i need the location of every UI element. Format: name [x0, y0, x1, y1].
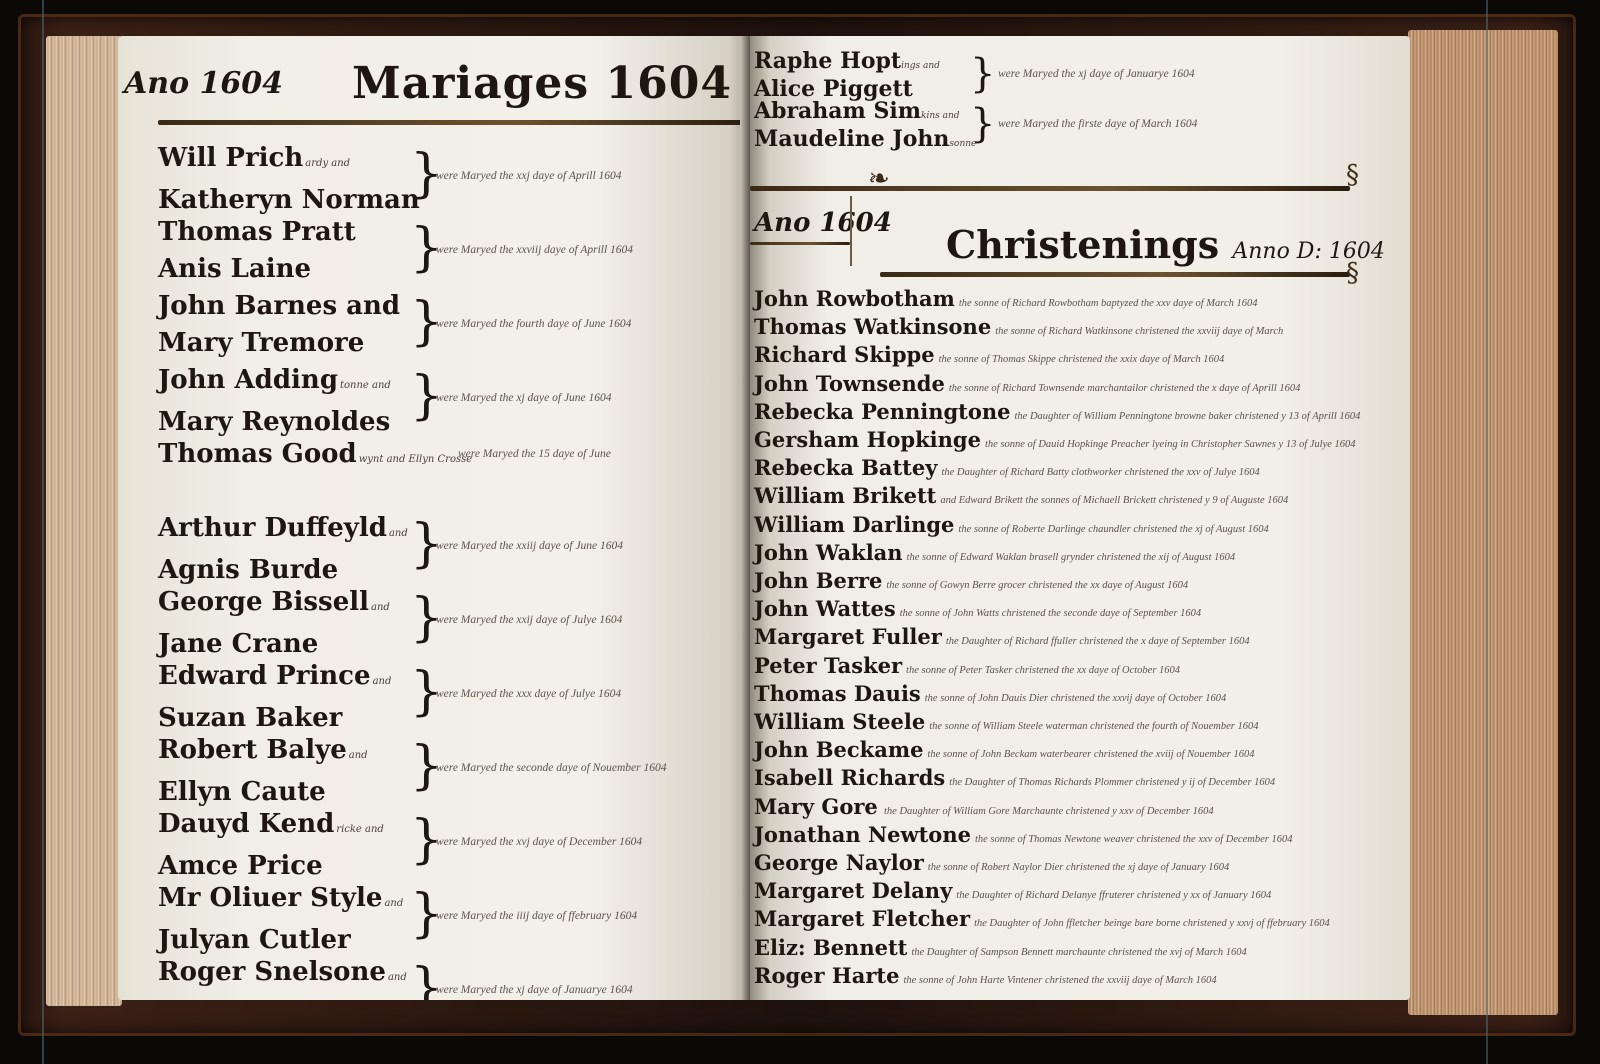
marriage-record-text: were Maryed the xxviij daye of Aprill 16… [436, 244, 633, 256]
christening-record-text: the sonne of John Dauis Dier christened … [925, 693, 1227, 704]
child-name: Gersham Hopkinge [754, 427, 981, 452]
child-name: Jonathan Newtone [754, 822, 971, 847]
christening-record-text: the sonne of Edward Waklan brasell grynd… [907, 552, 1236, 563]
christening-entry: Eliz: Bennettthe Daughter of Sampson Ben… [754, 935, 1404, 961]
marriage-entry: Robert BalyeandEllyn Caute}were Maryed t… [118, 732, 748, 806]
christening-entry: Richard Skippethe sonne of Thomas Skippe… [754, 342, 1404, 368]
marriage-record-text: were Maryed the xj daye of Januarye 1604 [436, 984, 633, 996]
marriage-entry: John Barnes andMary Tremore}were Maryed … [118, 288, 748, 362]
christening-record-text: the Daughter of John ffletcher beinge ba… [974, 918, 1330, 929]
marriage-record-text: were Maryed the xxx daye of Julye 1604 [436, 688, 621, 700]
year-box-rule [750, 242, 850, 245]
child-name: William Steele [754, 709, 925, 734]
marriage-record-text: were Maryed the xj daye of Januarye 1604 [998, 68, 1195, 80]
christenings-title: Christenings Anno D: 1604 [946, 222, 1385, 267]
section-rule-top [750, 186, 1350, 191]
christening-entry: Rebecka Batteythe Daughter of Richard Ba… [754, 455, 1404, 481]
groom-name: Thomas Goodwynt and Ellyn Crosse [158, 436, 428, 478]
groom-note: and [373, 676, 392, 687]
christening-record-text: the Daughter of Richard Delanye ffrutere… [956, 890, 1271, 901]
christening-record-text: the sonne of Richard Watkinsone christen… [995, 326, 1283, 337]
christening-record-text: the Daughter of Thomas Richards Plommer … [949, 777, 1275, 788]
christening-record-text: the sonne of John Watts christened the s… [900, 608, 1201, 619]
child-name: Margaret Delany [754, 878, 952, 903]
glass-reflection-line [1486, 0, 1488, 1064]
couple-names: Mr Oliuer StyleandJulyan Cutler [158, 880, 428, 959]
right-page-edges [1408, 30, 1558, 1015]
bride-name: Mary Stockden [158, 996, 428, 1000]
christening-entry: William Darlingethe sonne of Roberte Dar… [754, 512, 1404, 538]
header-rule [158, 120, 748, 125]
bride-name: Mary Tremore [158, 325, 428, 362]
christening-record-text: the sonne of Dauid Hopkinge Preacher lye… [985, 439, 1356, 450]
groom-note: ricke and [336, 824, 384, 835]
christening-record-text: the sonne of Thomas Newtone weaver chris… [975, 834, 1293, 845]
child-name: Margaret Fletcher [754, 906, 970, 931]
marriage-record-text: were Maryed the seconde daye of Nouember… [436, 762, 666, 774]
marriage-entry: Edward PrinceandSuzan Baker}were Maryed … [118, 658, 748, 732]
child-name: John Berre [754, 568, 882, 593]
groom-note: and [388, 972, 407, 983]
child-name: John Beckame [754, 737, 923, 762]
child-name: John Rowbotham [754, 286, 955, 311]
marriage-record-text: were Maryed the 15 daye of June [458, 448, 611, 460]
couple-names: John Barnes andMary Tremore [158, 288, 428, 362]
groom-note: and [371, 602, 390, 613]
christening-entry: Jonathan Newtonethe sonne of Thomas Newt… [754, 822, 1404, 848]
christening-record-text: the sonne of Thomas Skippe christened th… [939, 354, 1225, 365]
marriage-entry: Will Prichardy andKatheryn Norman}were M… [118, 140, 748, 214]
child-name: John Townsende [754, 371, 945, 396]
christening-record-text: the sonne of Richard Rowbotham baptyzed … [959, 298, 1258, 309]
christening-entry: John Berrethe sonne of Gowyn Berre groce… [754, 568, 1404, 594]
christening-entry: Margaret Delanythe Daughter of Richard D… [754, 878, 1404, 904]
groom-name: Robert Balyeand [158, 732, 428, 774]
christening-record-text: the sonne of Roberte Darlinge chaundler … [958, 524, 1268, 535]
marriage-entry: Mr Oliuer StyleandJulyan Cutler}were Mar… [118, 880, 748, 954]
marriage-record-text: were Maryed the fourth daye of June 1604 [436, 318, 631, 330]
child-name: Richard Skippe [754, 342, 935, 367]
marriage-entry: Dauyd Kendricke andAmce Price}were Marye… [118, 806, 748, 880]
christening-record-text: the sonne of Robert Naylor Dier christen… [928, 862, 1230, 873]
groom-name: Arthur Duffeyldand [158, 510, 428, 552]
christening-entry: John Wattesthe sonne of John Watts chris… [754, 596, 1404, 622]
child-name: Rebecka Battey [754, 455, 937, 480]
christening-entry: Roger Hartethe sonne of John Harte Vinte… [754, 963, 1404, 989]
groom-name: Mr Oliuer Styleand [158, 880, 428, 922]
scroll-ornament: § [1346, 258, 1359, 288]
year-label: Ano 1604 [124, 66, 283, 101]
christening-entry: Margaret Fullerthe Daughter of Richard f… [754, 624, 1404, 650]
marriage-record-text: were Maryed the xvj daye of December 160… [436, 836, 642, 848]
child-name: William Brikett [754, 483, 936, 508]
christening-entry: Mary Gorethe Daughter of William Gore Ma… [754, 794, 1404, 820]
couple-names: Robert BalyeandEllyn Caute [158, 732, 428, 811]
groom-name: Dauyd Kendricke and [158, 806, 428, 848]
marriage-entry: Roger SnelsoneandMary Stockden}were Mary… [118, 954, 748, 1000]
couple-names: Arthur DuffeyldandAgnis Burde [158, 510, 428, 589]
child-name: Eliz: Bennett [754, 935, 907, 960]
couple-names: George BissellandJane Crane [158, 584, 428, 663]
christening-record-text: the Daughter of Richard Batty clothworke… [941, 467, 1259, 478]
child-name: Peter Tasker [754, 653, 902, 678]
christening-entry: Gersham Hopkingethe sonne of Dauid Hopki… [754, 427, 1404, 453]
couple-names: Thomas PrattAnis Laine [158, 214, 428, 288]
groom-note: and [384, 898, 403, 909]
couple-names: Will Prichardy andKatheryn Norman [158, 140, 428, 219]
christening-record-text: the Daughter of William Gore Marchaunte … [884, 806, 1214, 817]
scroll-ornament: § [1346, 160, 1359, 190]
ribbon-ornament: ❧ [868, 164, 890, 194]
marriage-record-text: were Maryed the xj daye of June 1604 [436, 392, 612, 404]
marriage-record-text: were Maryed the xxiij daye of June 1604 [436, 540, 623, 552]
groom-note: tonne and [340, 380, 391, 391]
groom-note: wynt and Ellyn Crosse [359, 454, 472, 465]
christening-record-text: the sonne of Peter Tasker christened the… [906, 665, 1180, 676]
left-page-edges [46, 36, 122, 1006]
christening-entry: John Rowbothamthe sonne of Richard Rowbo… [754, 286, 1404, 312]
christening-entry: George Naylorthe sonne of Robert Naylor … [754, 850, 1404, 876]
marriage-entry: Abraham Simkins andMaudeline Johnsonne}w… [754, 100, 1404, 150]
groom-note: kins and [921, 111, 960, 121]
marriages-header: Ano 1604 Mariages 1604 [124, 56, 744, 116]
child-name: George Naylor [754, 850, 924, 875]
bride-name: Anis Laine [158, 251, 428, 288]
marriage-entry: John Addingtonne andMary Reynoldes}were … [118, 362, 748, 436]
brace-icon: } [970, 54, 995, 94]
left-page: Ano 1604 Mariages 1604 Will Prichardy an… [118, 36, 748, 1000]
marriage-record-text: were Maryed the xxj daye of Aprill 1604 [436, 170, 622, 182]
christening-record-text: the sonne of John Beckam waterbearer chr… [927, 749, 1254, 760]
child-name: Margaret Fuller [754, 624, 942, 649]
groom-name: George Bisselland [158, 584, 428, 626]
groom-name: John Addingtonne and [158, 362, 428, 404]
groom-note: and [349, 750, 368, 761]
bride-name: Maudeline Johnsonne [754, 128, 1404, 156]
marriage-entry: Thomas PrattAnis Laine}were Maryed the x… [118, 214, 748, 288]
christening-entry: Rebecka Penningtonethe Daughter of Willi… [754, 399, 1404, 425]
couple-names: John Addingtonne andMary Reynoldes [158, 362, 428, 441]
marriage-entry: Thomas Goodwynt and Ellyn Crossewere Mar… [118, 436, 748, 510]
glass-reflection-line [42, 0, 44, 1064]
marriage-record-text: were Maryed the iiij daye of ffebruary 1… [436, 910, 637, 922]
christening-entry: Isabell Richardsthe Daughter of Thomas R… [754, 765, 1404, 791]
couple-names: Thomas Goodwynt and Ellyn Crosse [158, 436, 428, 478]
marriage-record-text: were Maryed the xxij daye of Julye 1604 [436, 614, 622, 626]
christening-entry: Thomas Dauisthe sonne of John Dauis Dier… [754, 681, 1404, 707]
marriage-entry: Raphe Hoptings andAlice Piggett}were Mar… [754, 50, 1404, 100]
christening-entry: William Steelethe sonne of William Steel… [754, 709, 1404, 735]
groom-note: and [389, 528, 408, 539]
marriage-entry: Arthur DuffeyldandAgnis Burde}were Marye… [118, 510, 748, 584]
christening-record-text: the sonne of William Steele waterman chr… [929, 721, 1258, 732]
christening-record-text: and Edward Brikett the sonnes of Michael… [940, 495, 1288, 506]
groom-name: Thomas Pratt [158, 214, 428, 251]
christening-entry: Peter Taskerthe sonne of Peter Tasker ch… [754, 653, 1404, 679]
child-name: Isabell Richards [754, 765, 945, 790]
year-box-divider [850, 196, 852, 266]
child-name: Roger Harte [754, 963, 899, 988]
christening-entry: William Brikettand Edward Brikett the so… [754, 483, 1404, 509]
child-name: Thomas Dauis [754, 681, 921, 706]
christening-entry: Margaret Fletcherthe Daughter of John ff… [754, 906, 1404, 932]
christening-entry: Thomas Watkinsonethe sonne of Richard Wa… [754, 314, 1404, 340]
groom-name: Edward Princeand [158, 658, 428, 700]
child-name: Mary Gore [754, 794, 880, 819]
child-name: William Darlinge [754, 512, 954, 537]
groom-name: John Barnes and [158, 288, 428, 325]
section-rule-bottom [880, 272, 1350, 277]
christening-entry: John Waklanthe sonne of Edward Waklan br… [754, 540, 1404, 566]
right-page: Raphe Hoptings andAlice Piggett}were Mar… [750, 36, 1410, 1000]
child-name: Thomas Watkinsone [754, 314, 991, 339]
christening-record-text: the sonne of Gowyn Berre grocer christen… [886, 580, 1188, 591]
groom-note: ings and [901, 61, 940, 71]
couple-names: Dauyd Kendricke andAmce Price [158, 806, 428, 885]
christenings-year-label: Ano 1604 [754, 208, 892, 238]
child-name: Rebecka Penningtone [754, 399, 1011, 424]
christening-record-text: the sonne of John Harte Vintener christe… [903, 975, 1216, 986]
christening-record-text: the Daughter of Sampson Bennett marchaun… [911, 947, 1246, 958]
christening-record-text: the Daughter of William Penningtone brow… [1015, 411, 1361, 422]
couple-names: Edward PrinceandSuzan Baker [158, 658, 428, 737]
christening-record-text: the Daughter of Richard ffuller christen… [946, 636, 1250, 647]
page-title: Mariages 1604 [352, 58, 732, 109]
marriage-record-text: were Maryed the firste daye of March 160… [998, 118, 1197, 130]
groom-name: Will Prichardy and [158, 140, 428, 182]
couple-names: Roger SnelsoneandMary Stockden [158, 954, 428, 1000]
christenings-subtitle: Anno D: 1604 [1232, 239, 1385, 264]
christening-entry: John Beckamethe sonne of John Beckam wat… [754, 737, 1404, 763]
groom-name: Roger Snelsoneand [158, 954, 428, 996]
christening-entry: John Townsendethe sonne of Richard Towns… [754, 371, 1404, 397]
child-name: John Wattes [754, 596, 896, 621]
child-name: John Waklan [754, 540, 903, 565]
marriage-entry: George BissellandJane Crane}were Maryed … [118, 584, 748, 658]
christenings-title-text: Christenings [946, 222, 1219, 267]
brace-icon: } [970, 104, 995, 144]
christening-record-text: the sonne of Richard Townsende marchanta… [949, 383, 1301, 394]
groom-note: ardy and [305, 158, 350, 169]
